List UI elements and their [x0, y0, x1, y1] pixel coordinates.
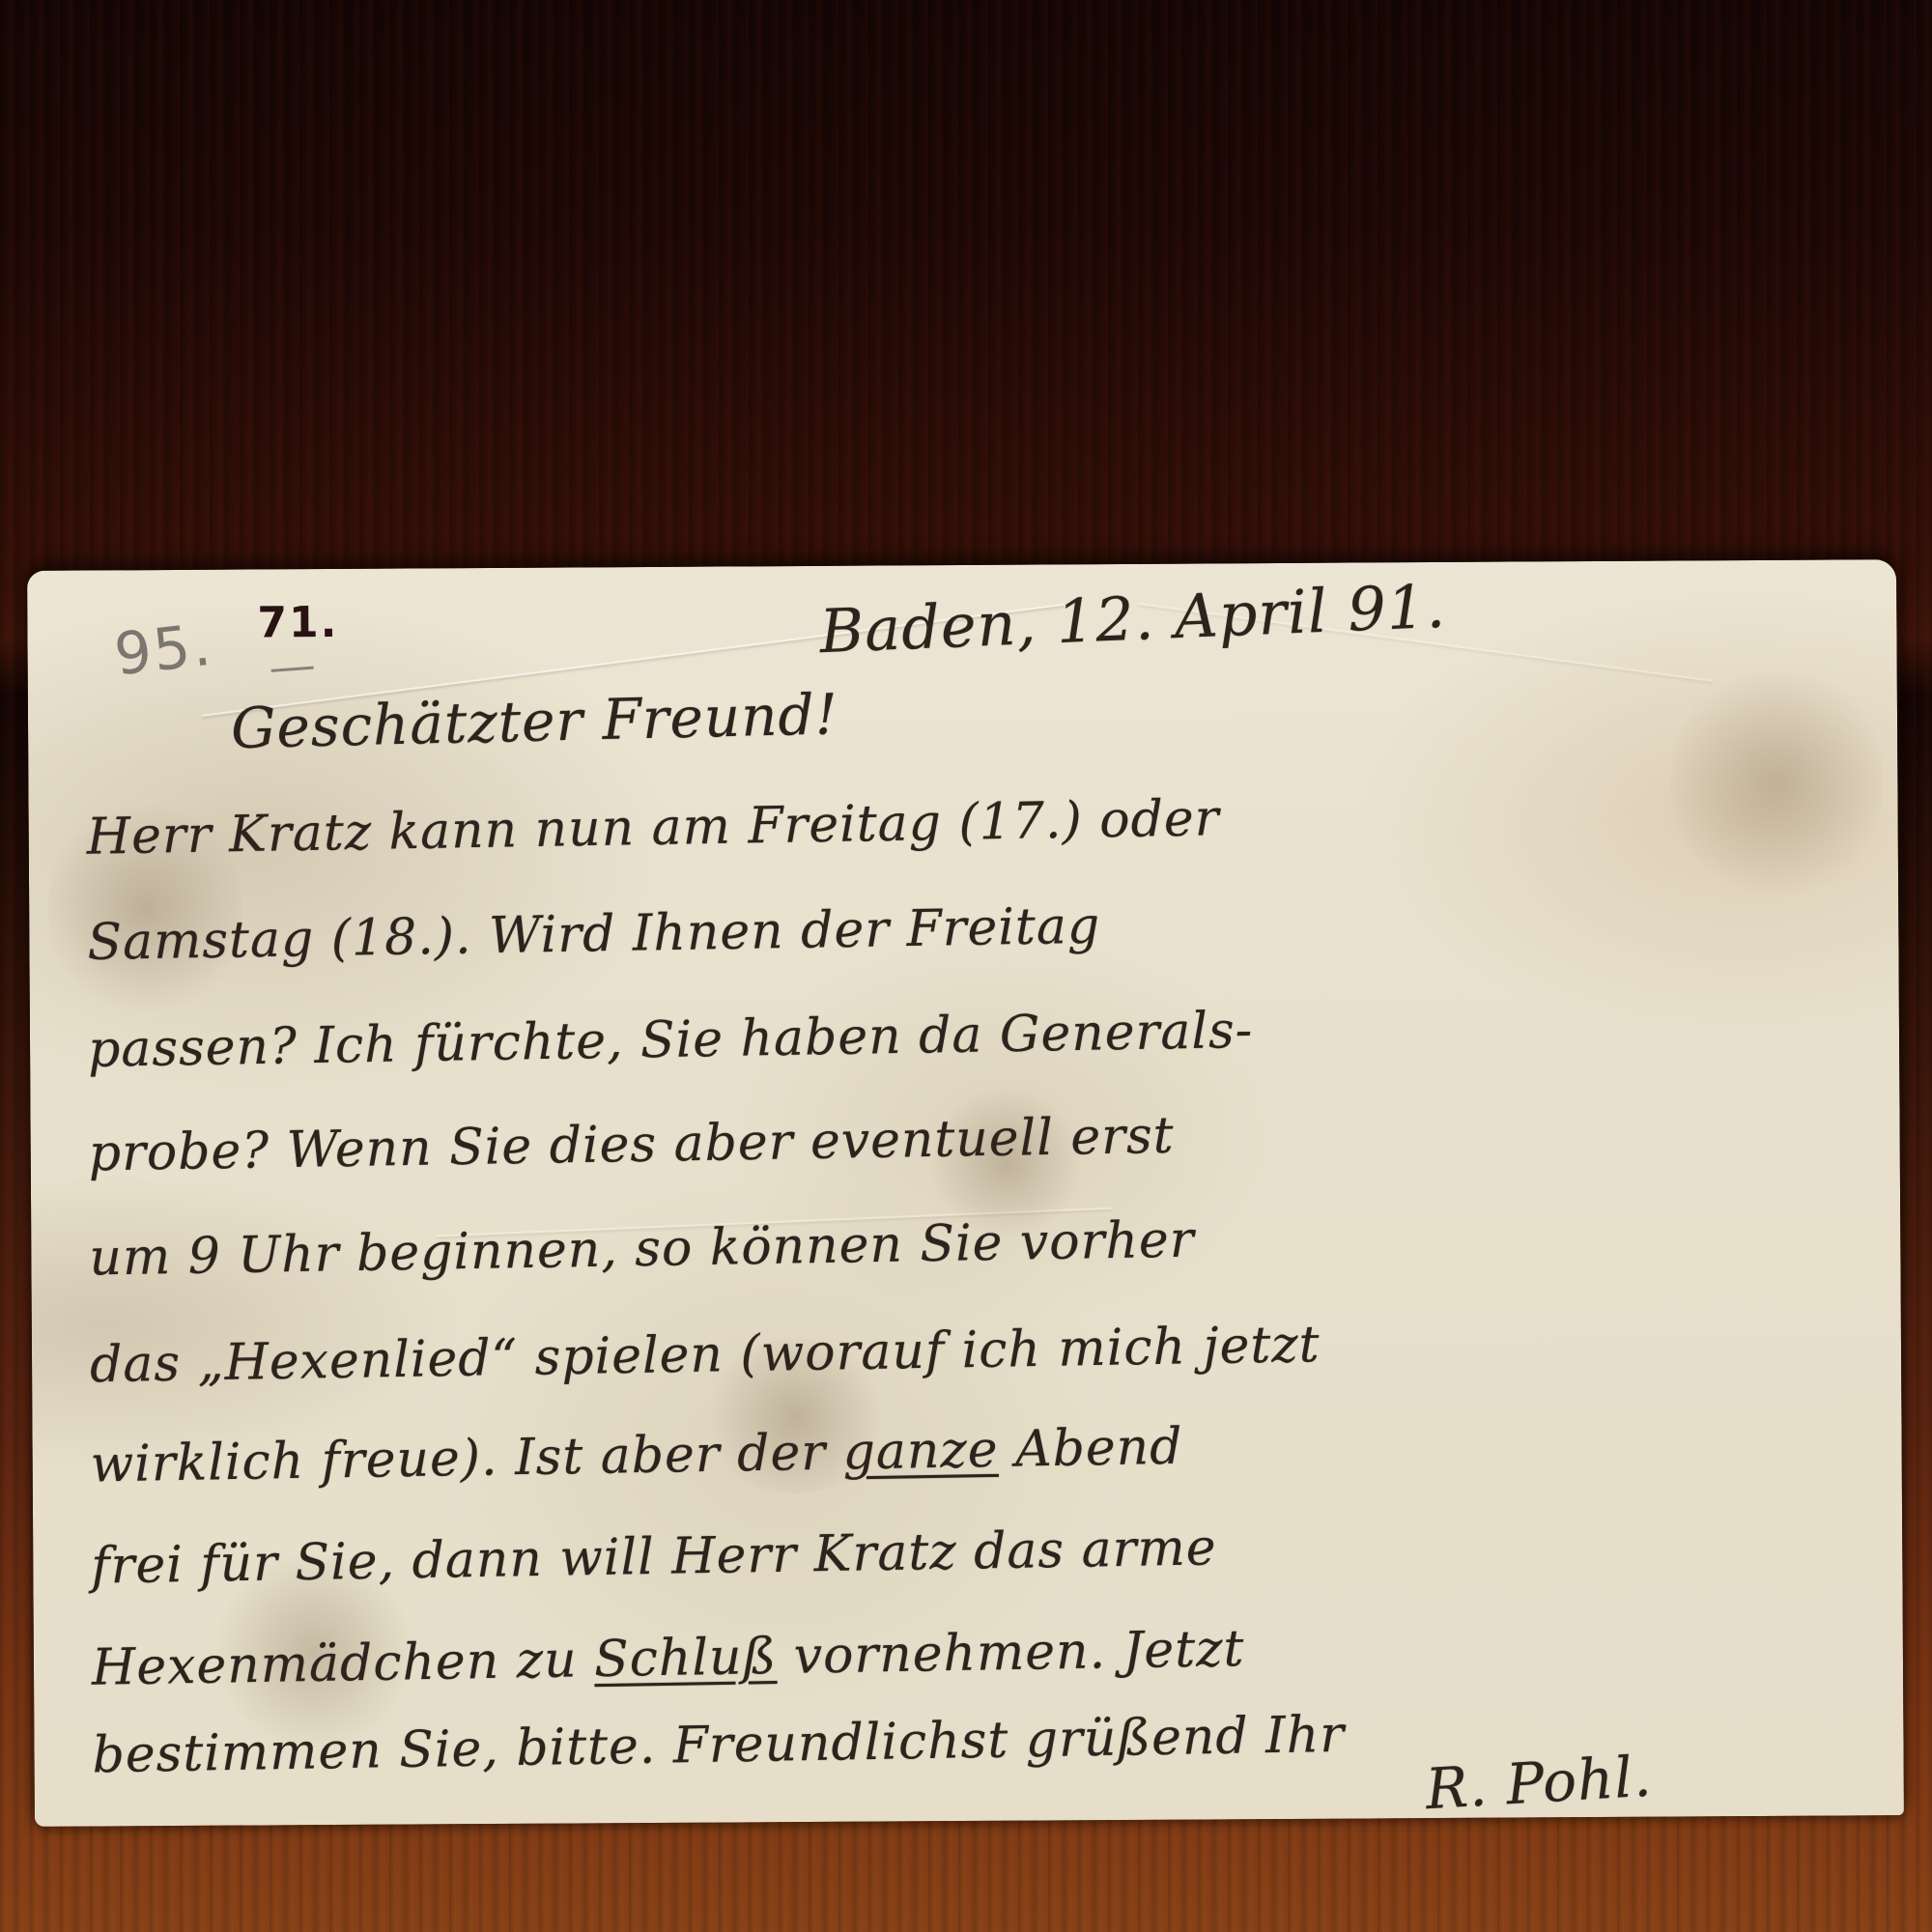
body-line: um 9 Uhr beginnen, so können Sie vorher [89, 1211, 1195, 1288]
archive-number-pencil: 95. [111, 611, 216, 690]
body-line: wirklich freue). Ist aber der ganze Aben… [90, 1418, 1183, 1494]
postcard: 95. 71. Baden, 12. April 91. Geschätzter… [27, 559, 1904, 1827]
body-line: passen? Ich fürchte, Sie haben da Genera… [88, 1002, 1254, 1079]
date-line: Baden, 12. April 91. [818, 571, 1447, 668]
water-stain [1670, 656, 1885, 908]
signature: R. Pohl. [1424, 1744, 1654, 1823]
underlined-word: ganze [842, 1421, 999, 1482]
archive-number-ink: 71. [257, 598, 338, 648]
underlined-word: Schluß [594, 1628, 778, 1689]
salutation: Geschätzter Freund! [230, 681, 838, 761]
body-line: frei für Sie, dann will Herr Kratz das a… [91, 1519, 1217, 1595]
body-line: das „Hexenlied“ spielen (worauf ich mich… [90, 1316, 1321, 1394]
body-line: Herr Kratz kann nun am Freitag (17.) ode… [86, 789, 1220, 866]
archive-number-underline [271, 667, 314, 672]
